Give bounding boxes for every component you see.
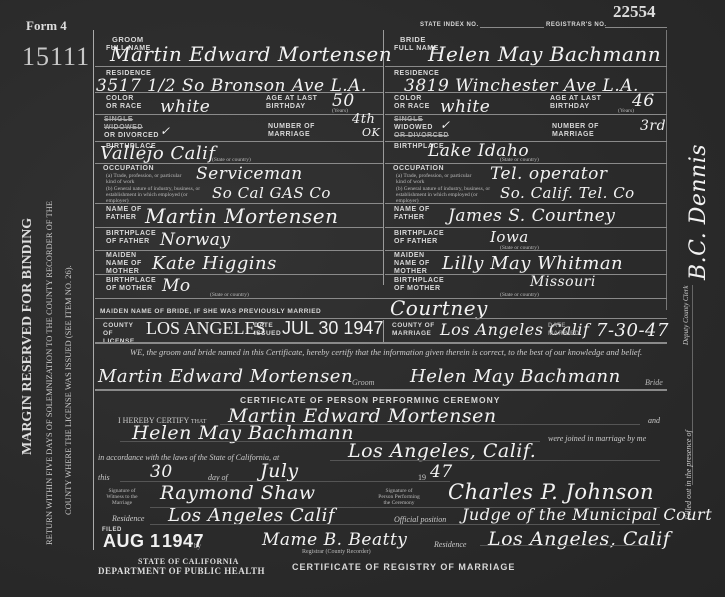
bride-father: James S. Courtney — [448, 206, 615, 226]
groom-father: Martin Mortensen — [145, 204, 338, 228]
bride-mother-birthplace: Missouri — [530, 274, 596, 290]
registrar-label: Registrar (County Recorder) — [302, 549, 371, 555]
officiant-residence: Los Angeles, Calif — [488, 528, 670, 550]
witness-residence-label: Residence — [112, 514, 144, 523]
declaration-text: WE, the groom and bride named in this Ce… — [100, 346, 665, 359]
bride-widowed-check: ✓ — [440, 118, 451, 132]
groom-birthplace: Vallejo Calif — [100, 143, 216, 164]
bride-mother-label: MAIDEN NAME OF MOTHER — [394, 252, 434, 276]
groom-full-name: Martin Edward Mortensen — [110, 42, 392, 66]
maiden-name-label: MAIDEN NAME OF BRIDE, IF SHE WAS PREVIOU… — [100, 308, 321, 316]
groom-divorced-check: ✓ — [160, 124, 171, 138]
groom-father-label: NAME OF FATHER — [106, 206, 146, 222]
groom-marriage-number-label: NUMBER OF MARRIAGE — [268, 123, 328, 139]
groom-marriage-number: 4th — [352, 112, 375, 127]
bride-occupation-label: OCCUPATION — [393, 165, 444, 173]
groom-residence: 3517 1/2 So Bronson Ave L.A. — [96, 76, 367, 96]
bride-marriage-number: 3rd — [640, 118, 666, 134]
department-label: DEPARTMENT OF PUBLIC HEALTH — [98, 566, 265, 576]
margin-binding-title: MARGIN RESERVED FOR BINDING — [20, 218, 36, 455]
groom-status-widowed: WIDOWED — [104, 124, 143, 132]
bride-age-label: AGE AT LAST BIRTHDAY — [550, 95, 610, 111]
registrars-no-label: REGISTRAR'S NO. — [546, 22, 607, 28]
bride-maiden-name: Courtney — [390, 296, 488, 320]
witness-label: Signature of Witness to the Marriage — [102, 488, 142, 506]
bride-occupation-b-label: (b) General nature of industry, business… — [396, 186, 491, 204]
bride-status-divorced: OR DIVORCED — [394, 132, 449, 140]
bride-occupation-a: Tel. operator — [490, 164, 607, 184]
groom-occupation-a-label: (a) Trade, profession, or particular kin… — [106, 173, 186, 185]
bride-signature: Helen May Bachmann — [410, 366, 621, 387]
marriage-certificate: Form 4 15111 22554 STATE INDEX NO. REGIS… — [0, 0, 725, 597]
county-marriage-label: COUNTY OF MARRIAGE — [392, 322, 442, 338]
ceremony-year: 47 — [430, 462, 453, 482]
groom-father-birthplace: Norway — [160, 230, 231, 250]
bride-father-birthplace: Iowa — [490, 228, 529, 246]
bride-occupation-a-label: (a) Trade, profession, or particular kin… — [396, 173, 476, 185]
groom-status-divorced: OR DIVORCED — [104, 132, 159, 140]
official-position: Judge of the Municipal Court — [462, 505, 712, 524]
officiant-residence-label: Residence — [434, 540, 466, 549]
groom-occupation-a: Serviceman — [196, 164, 303, 184]
groom-occupation-b: So Cal GAS Co — [212, 184, 331, 202]
bride-color-label: COLOR OR RACE — [394, 95, 434, 111]
groom-status-single: SINGLE — [104, 116, 133, 124]
registrar-number: 22554 — [613, 2, 656, 22]
laws-label: in accordance with the laws of the State… — [98, 453, 279, 462]
state-label: STATE OF CALIFORNIA — [138, 557, 239, 566]
ceremony-heading: CERTIFICATE OF PERSON PERFORMING CEREMON… — [240, 395, 500, 405]
date-issued-label: DATE ISSUED — [254, 322, 276, 338]
bride-father-birthplace-label: BIRTHPLACE OF FATHER — [394, 230, 449, 246]
form-label: Form 4 — [26, 18, 67, 34]
margin-return-line2: COUNTY WHERE THE LICENSE WAS ISSUED (SEE… — [63, 265, 73, 515]
deputy-clerk-signature: B.C. Dennis — [686, 144, 711, 280]
groom-mother: Kate Higgins — [152, 253, 277, 274]
bride-occupation-b: So. Calif. Tel. Co — [500, 184, 635, 202]
bride-status-widowed: WIDOWED — [394, 124, 433, 132]
bride-mother: Lilly May Whitman — [442, 253, 623, 274]
groom-occupation-label: OCCUPATION — [103, 165, 154, 173]
bride-status-single: SINGLE — [394, 116, 423, 124]
witness-signature: Raymond Shaw — [160, 482, 316, 504]
groom-father-birthplace-label: BIRTHPLACE OF FATHER — [106, 230, 161, 246]
and-label: and — [648, 416, 660, 425]
registrar-signature: Mame B. Beatty — [262, 530, 407, 550]
county-license: LOS ANGELES — [146, 318, 266, 339]
officiant-label: Signature of Person Performing the Cerem… — [378, 488, 420, 506]
bride-residence: 3819 Winchester Ave L.A. — [404, 76, 639, 96]
groom-marriage-number-note: OK — [362, 126, 380, 139]
joined-label: were joined in marriage by me — [548, 434, 646, 443]
bride-father-label: NAME OF FATHER — [394, 206, 434, 222]
groom-signature: Martin Edward Mortensen — [98, 366, 353, 387]
groom-mother-birthplace: Mo — [162, 276, 191, 296]
bride-mother-birthplace-label: BIRTHPLACE OF MOTHER — [394, 277, 449, 293]
date-married: 7-30-47 — [596, 320, 669, 341]
groom-signature-label: Groom — [352, 378, 374, 387]
state-index-label: STATE INDEX NO. — [420, 22, 479, 28]
bride-age: 46 — [632, 91, 655, 111]
by-label: by — [194, 542, 201, 550]
bride-marriage-number-label: NUMBER OF MARRIAGE — [552, 123, 612, 139]
witness-residence: Los Angeles Calif — [168, 505, 335, 526]
ceremony-place: Los Angeles, Calif. — [348, 440, 536, 462]
footer-title: CERTIFICATE OF REGISTRY OF MARRIAGE — [292, 562, 515, 572]
ceremony-month: July — [260, 460, 299, 482]
groom-age-label: AGE AT LAST BIRTHDAY — [266, 95, 326, 111]
groom-color-label: COLOR OR RACE — [106, 95, 146, 111]
groom-mother-birthplace-label: BIRTHPLACE OF MOTHER — [106, 277, 161, 293]
this-label: this — [98, 473, 110, 482]
bride-heading: BRIDE — [400, 36, 426, 44]
ceremony-day: 30 — [150, 462, 173, 482]
officiant-signature: Charles P. Johnson — [448, 480, 654, 504]
local-number: 15111 — [22, 42, 90, 72]
official-position-label: Official position — [394, 515, 446, 524]
bride-signature-label: Bride — [645, 378, 663, 387]
margin-return-line1: RETURN WITHIN FIVE DAYS OF SOLEMNIZATION… — [44, 201, 54, 545]
date-married-label: DATE MARRIED — [548, 322, 586, 338]
deputy-clerk-label: Deputy County Clerk — [682, 286, 690, 346]
bride-full-name: Helen May Bachmann — [428, 42, 661, 66]
date-issued: JUL 30 1947 — [282, 318, 383, 339]
groom-mother-label: MAIDEN NAME OF MOTHER — [106, 252, 146, 276]
groom-occupation-b-label: (b) General nature of industry, business… — [106, 186, 201, 204]
filed-date: AUG 1 — [103, 531, 161, 552]
